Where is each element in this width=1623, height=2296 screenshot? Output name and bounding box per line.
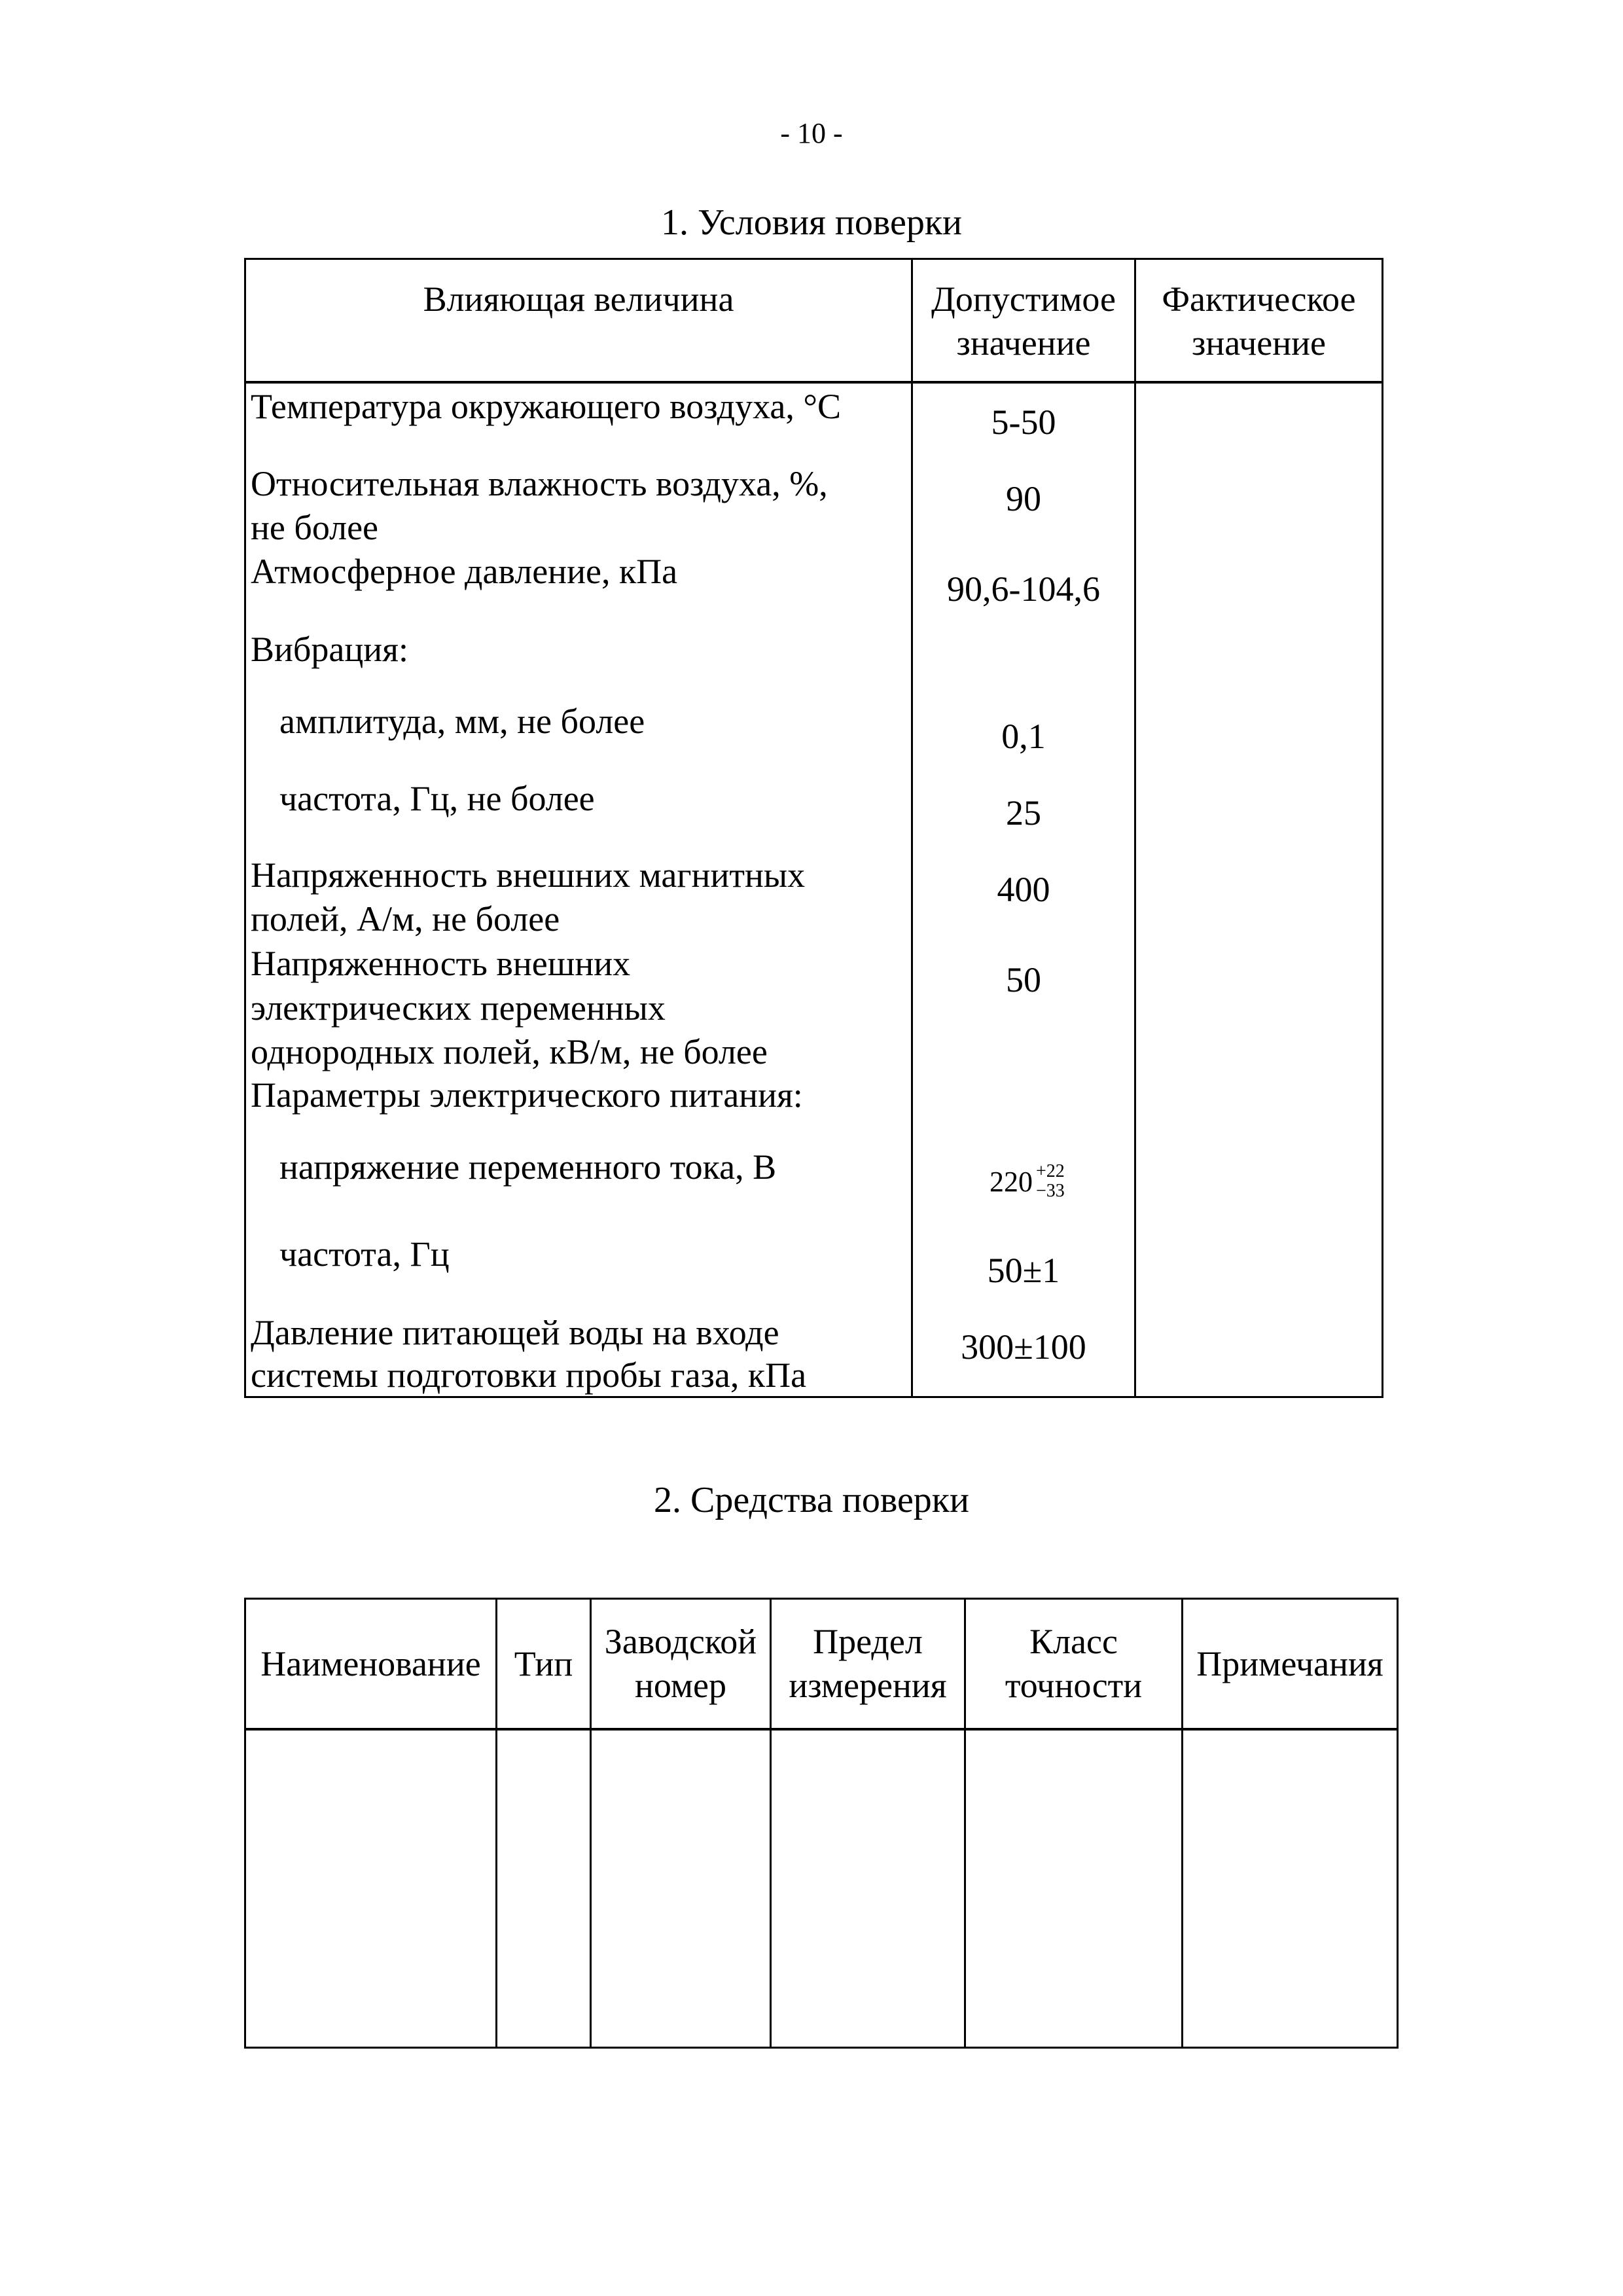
table1-right-border	[1382, 258, 1383, 1398]
value-vibration-frequency: 25	[913, 795, 1134, 831]
value-ac-voltage-upper-tolerance: +22	[1036, 1162, 1065, 1181]
table1-left-border	[244, 258, 246, 1398]
table1-header-separator	[245, 381, 1383, 384]
row-magnetic-field-label-line1: Напряженность внешних магнитных	[251, 857, 805, 893]
row-vibration-frequency-label: частота, Гц, не более	[279, 781, 595, 816]
header-actual-line2: значение	[1136, 325, 1382, 361]
table2-cell-range	[772, 1731, 964, 2047]
row-power-frequency-label: частота, Гц	[279, 1236, 450, 1272]
table2-cell-name	[246, 1731, 495, 2047]
row-water-pressure-label-line2: системы подготовки пробы газа, кПа	[251, 1357, 806, 1393]
table2-cell-type	[497, 1731, 590, 2047]
header-accuracy-line1: Класс	[966, 1624, 1181, 1659]
row-power-params-label: Параметры электрического питания:	[251, 1077, 803, 1113]
header-allowed-line2: значение	[913, 325, 1134, 361]
row-electric-field-label-line1: Напряженность внешних	[251, 946, 630, 981]
section-1-title: 1. Условия поверки	[0, 204, 1623, 241]
header-serial-line2: номер	[592, 1668, 770, 1703]
header-serial-line1: Заводской	[592, 1624, 770, 1659]
row-humidity-label-line1: Относительная влажность воздуха, %,	[251, 466, 828, 501]
table2-cell-notes	[1183, 1731, 1397, 2047]
table2-bottom-border	[245, 2047, 1399, 2049]
row-temperature-label: Температура окружающего воздуха, °С	[251, 389, 841, 424]
table2-top-border	[245, 1598, 1399, 1600]
table2-right-border	[1397, 1598, 1399, 2049]
value-ac-voltage-lower-tolerance: −33	[1036, 1182, 1065, 1200]
table1-top-border	[245, 258, 1383, 260]
row-humidity-label-line2: не более	[251, 510, 378, 545]
header-allowed-line1: Допустимое	[913, 281, 1134, 317]
header-type: Тип	[497, 1646, 590, 1681]
header-name: Наименование	[246, 1646, 495, 1681]
value-humidity: 90	[913, 481, 1134, 516]
value-electric-field: 50	[913, 962, 1134, 997]
row-pressure-label: Атмосферное давление, кПа	[251, 554, 677, 589]
table2-cell-accuracy	[966, 1731, 1181, 2047]
row-vibration-label: Вибрация:	[251, 632, 408, 667]
value-magnetic-field: 400	[913, 872, 1134, 907]
header-quantity: Влияющая величина	[246, 281, 911, 317]
header-accuracy-line2: точности	[966, 1668, 1181, 1703]
table2-cell-serial	[592, 1731, 770, 2047]
row-electric-field-label-line3: однородных полей, кВ/м, не более	[251, 1034, 768, 1069]
value-vibration-amplitude: 0,1	[913, 719, 1134, 754]
table1-bottom-border	[245, 1396, 1383, 1398]
header-range-line2: измерения	[772, 1668, 964, 1703]
value-ac-voltage-base: 220	[990, 1168, 1033, 1196]
value-temperature: 5-50	[913, 404, 1134, 440]
row-electric-field-label-line2: электрических переменных	[251, 990, 666, 1026]
value-pressure: 90,6-104,6	[913, 571, 1134, 607]
value-power-frequency: 50±1	[913, 1253, 1134, 1288]
row-vibration-amplitude-label: амплитуда, мм, не более	[279, 704, 645, 739]
value-water-pressure: 300±100	[913, 1329, 1134, 1365]
header-actual-line1: Фактическое	[1136, 281, 1382, 317]
row-water-pressure-label-line1: Давление питающей воды на входе	[251, 1315, 779, 1350]
header-notes: Примечания	[1183, 1646, 1397, 1681]
table1-col-divider-2	[1134, 258, 1136, 1398]
row-ac-voltage-label: напряжение переменного тока, В	[279, 1149, 776, 1185]
header-range-line1: Предел	[772, 1624, 964, 1659]
section-2-title: 2. Средства поверки	[0, 1482, 1623, 1518]
row-magnetic-field-label-line2: полей, А/м, не более	[251, 901, 560, 937]
page-number: - 10 -	[0, 119, 1623, 148]
